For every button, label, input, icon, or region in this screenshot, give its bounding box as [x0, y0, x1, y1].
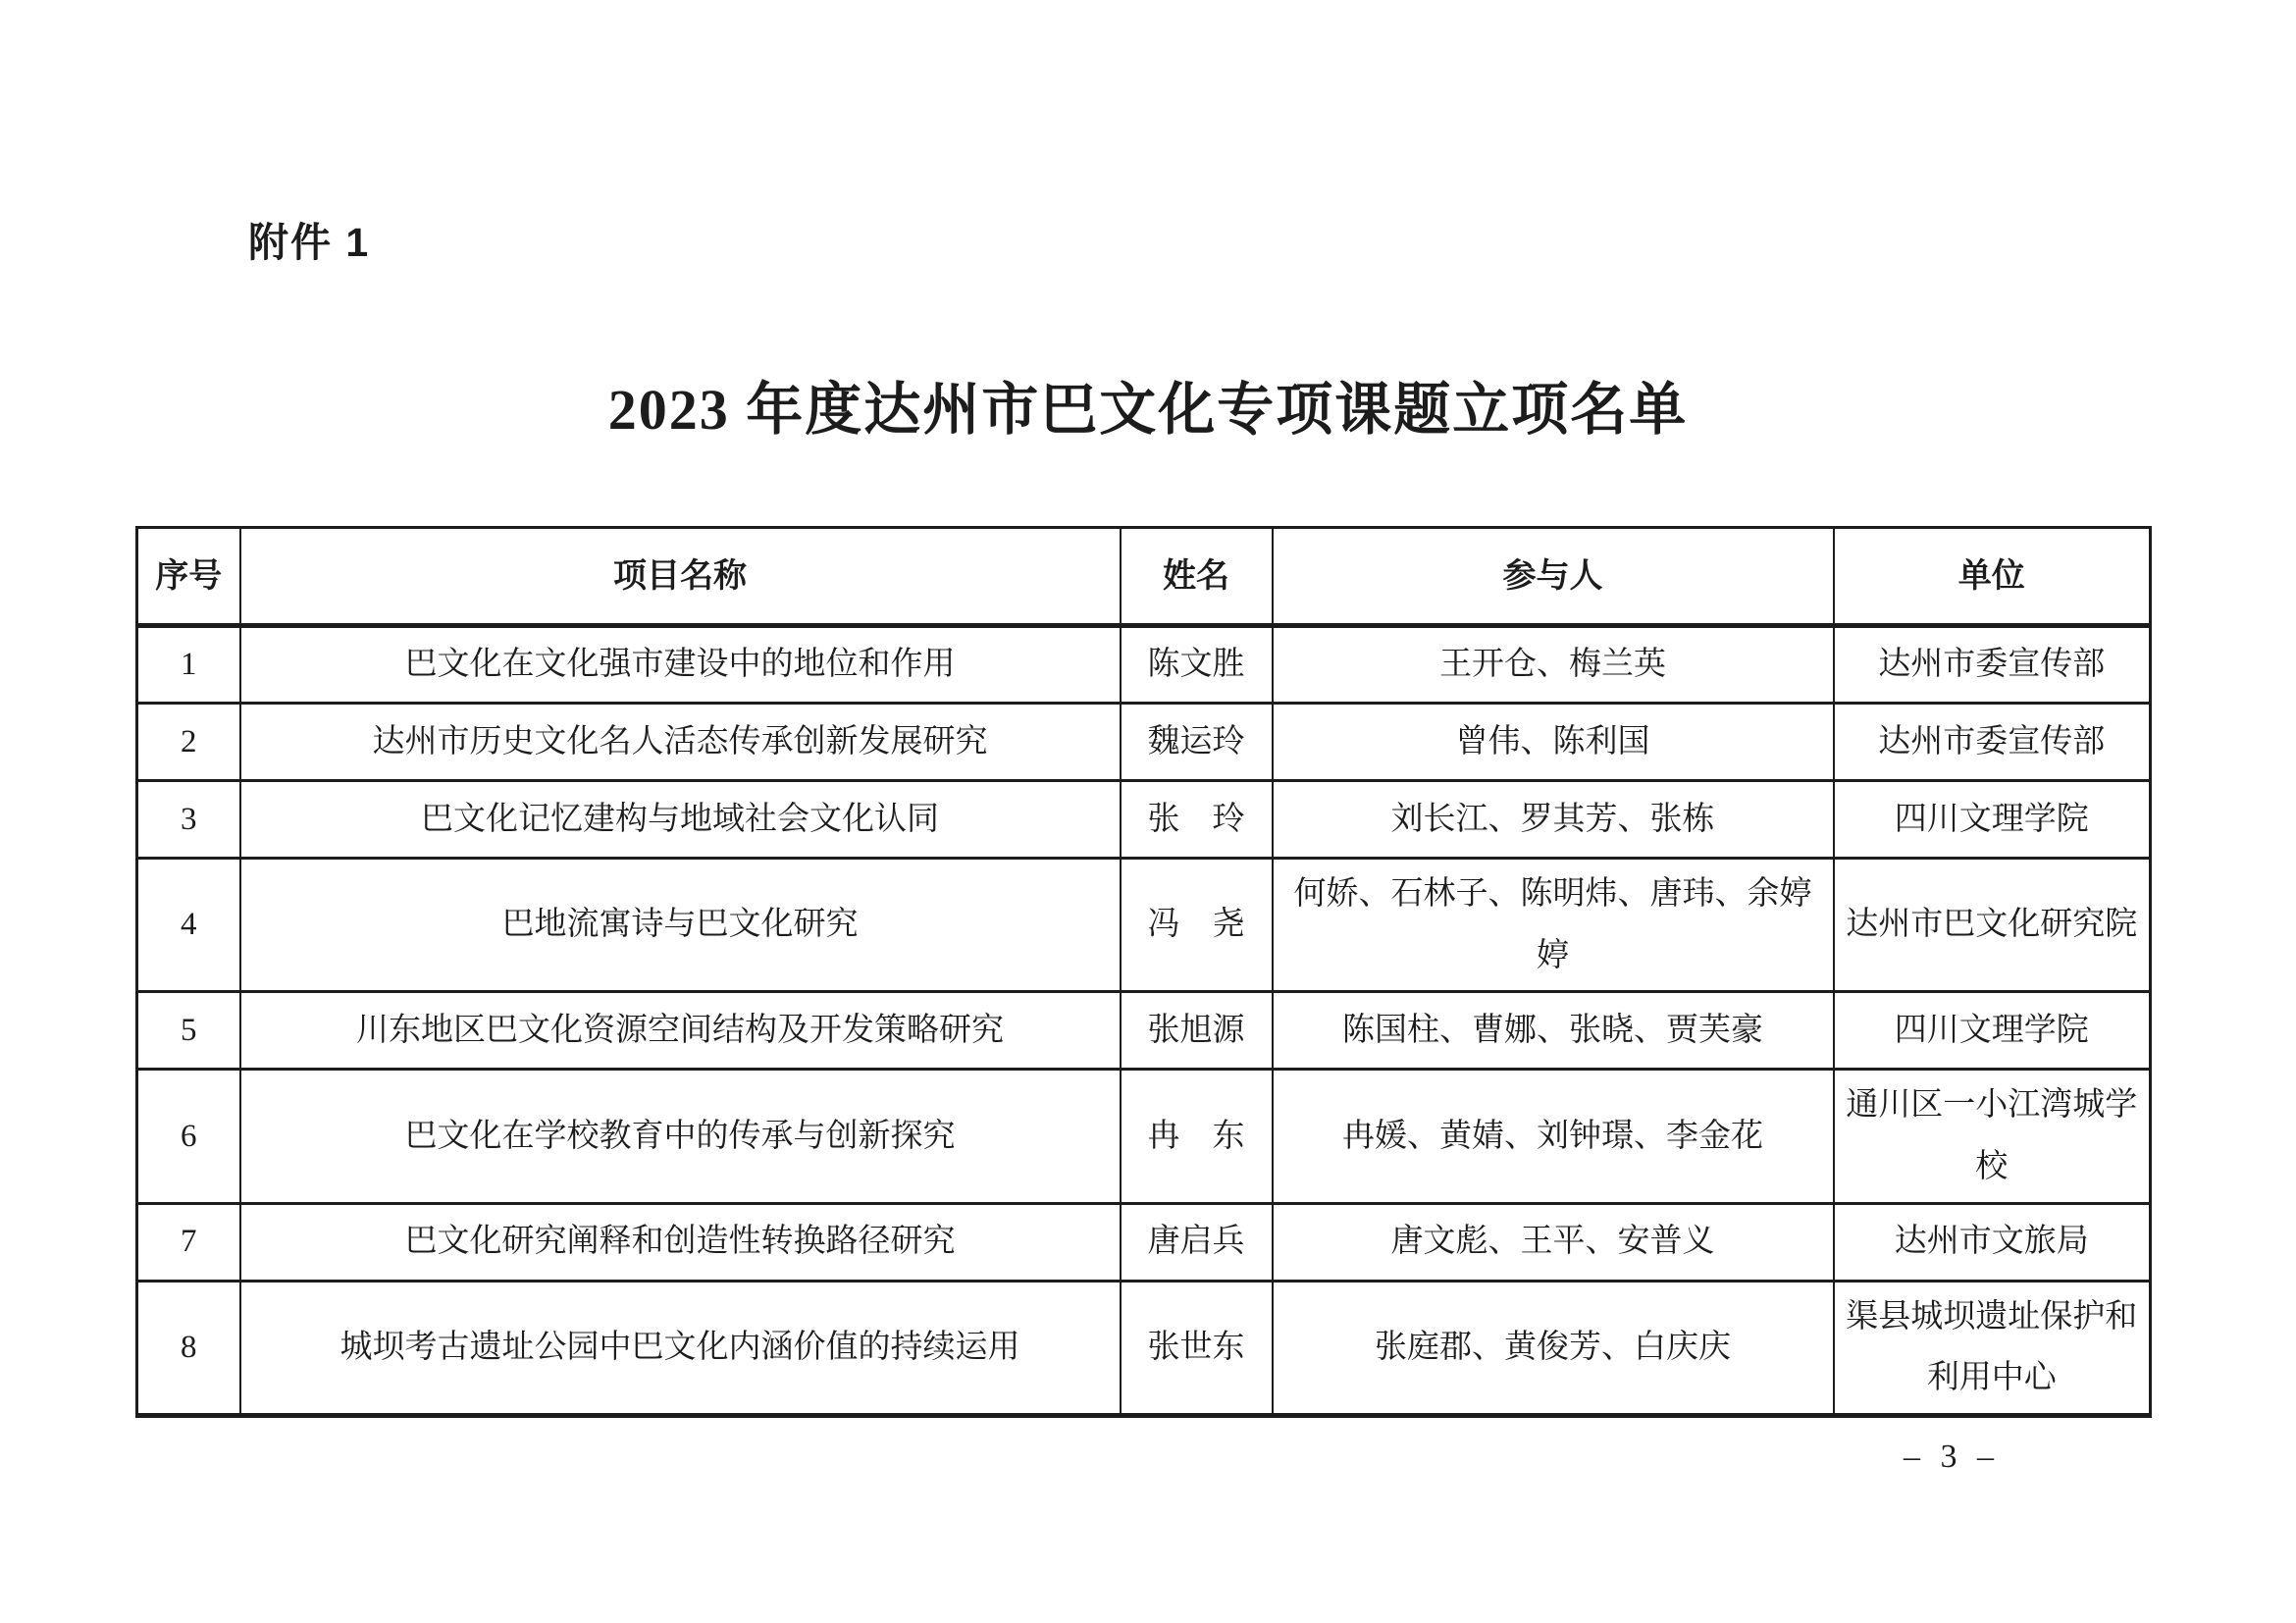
header-cell-name: 姓名 [1121, 528, 1273, 626]
cell-unit: 渠县城坝遗址保护和利用中心 [1834, 1281, 2151, 1415]
cell-participants: 唐文彪、王平、安普义 [1273, 1203, 1834, 1281]
document-title: 2023 年度达州市巴文化专项课题立项名单 [0, 363, 2296, 445]
cell-leader-name: 魏运玲 [1121, 704, 1273, 781]
cell-serial-number: 4 [137, 859, 240, 992]
header-cell-unit: 单位 [1834, 528, 2151, 626]
table-row: 2 达州市历史文化名人活态传承创新发展研究 魏运玲 曾伟、陈利国 达州市委宣传部 [137, 704, 2151, 781]
cell-serial-number: 2 [137, 704, 240, 781]
cell-unit: 四川文理学院 [1834, 781, 2151, 859]
cell-participants: 何娇、石林子、陈明炜、唐玮、余婷婷 [1273, 859, 1834, 992]
cell-project-name: 城坝考古遗址公园中巴文化内涵价值的持续运用 [240, 1281, 1121, 1415]
cell-unit: 达州市委宣传部 [1834, 704, 2151, 781]
cell-leader-name: 冯 尧 [1121, 859, 1273, 992]
header-cell-participants: 参与人 [1273, 528, 1834, 626]
table-row: 1 巴文化在文化强市建设中的地位和作用 陈文胜 王开仓、梅兰英 达州市委宣传部 [137, 626, 2151, 704]
cell-leader-name: 张旭源 [1121, 992, 1273, 1070]
table-row: 7 巴文化研究阐释和创造性转换路径研究 唐启兵 唐文彪、王平、安普义 达州市文旅… [137, 1203, 2151, 1281]
header-cell-project-name: 项目名称 [240, 528, 1121, 626]
attachment-label: 附件 1 [248, 210, 370, 268]
table-row: 5 川东地区巴文化资源空间结构及开发策略研究 张旭源 陈国柱、曹娜、张晓、贾芙豪… [137, 992, 2151, 1070]
cell-leader-name: 唐启兵 [1121, 1203, 1273, 1281]
table-row: 3 巴文化记忆建构与地域社会文化认同 张 玲 刘长江、罗其芳、张栋 四川文理学院 [137, 781, 2151, 859]
cell-leader-name: 张 玲 [1121, 781, 1273, 859]
cell-project-name: 达州市历史文化名人活态传承创新发展研究 [240, 704, 1121, 781]
projects-table: 序号 项目名称 姓名 参与人 单位 1 巴文化在文化强市建设中的地位和作用 陈文… [135, 526, 2152, 1418]
cell-serial-number: 1 [137, 626, 240, 704]
cell-participants: 陈国柱、曹娜、张晓、贾芙豪 [1273, 992, 1834, 1070]
page-number: – 3 – [1904, 1439, 2000, 1476]
cell-leader-name: 陈文胜 [1121, 626, 1273, 704]
table-header-row: 序号 项目名称 姓名 参与人 单位 [137, 528, 2151, 626]
cell-project-name: 巴文化在学校教育中的传承与创新探究 [240, 1070, 1121, 1203]
cell-project-name: 巴文化在文化强市建设中的地位和作用 [240, 626, 1121, 704]
cell-serial-number: 7 [137, 1203, 240, 1281]
cell-unit: 达州市文旅局 [1834, 1203, 2151, 1281]
cell-serial-number: 8 [137, 1281, 240, 1415]
table-row: 6 巴文化在学校教育中的传承与创新探究 冉 东 冉媛、黄婧、刘钟璟、李金花 通川… [137, 1070, 2151, 1203]
cell-serial-number: 3 [137, 781, 240, 859]
cell-participants: 冉媛、黄婧、刘钟璟、李金花 [1273, 1070, 1834, 1203]
cell-project-name: 巴文化记忆建构与地域社会文化认同 [240, 781, 1121, 859]
cell-participants: 刘长江、罗其芳、张栋 [1273, 781, 1834, 859]
cell-unit: 通川区一小江湾城学校 [1834, 1070, 2151, 1203]
scanned-document-page: { "attachment_label": "附件 1", "title": "… [0, 0, 2296, 1623]
cell-project-name: 巴地流寓诗与巴文化研究 [240, 859, 1121, 992]
header-cell-no: 序号 [137, 528, 240, 626]
cell-participants: 王开仓、梅兰英 [1273, 626, 1834, 704]
cell-unit: 四川文理学院 [1834, 992, 2151, 1070]
table-row: 4 巴地流寓诗与巴文化研究 冯 尧 何娇、石林子、陈明炜、唐玮、余婷婷 达州市巴… [137, 859, 2151, 992]
cell-participants: 曾伟、陈利国 [1273, 704, 1834, 781]
table-body: 1 巴文化在文化强市建设中的地位和作用 陈文胜 王开仓、梅兰英 达州市委宣传部 … [137, 626, 2151, 1416]
cell-participants: 张庭郡、黄俊芳、白庆庆 [1273, 1281, 1834, 1415]
cell-unit: 达州市巴文化研究院 [1834, 859, 2151, 992]
cell-leader-name: 冉 东 [1121, 1070, 1273, 1203]
cell-project-name: 巴文化研究阐释和创造性转换路径研究 [240, 1203, 1121, 1281]
table-row: 8 城坝考古遗址公园中巴文化内涵价值的持续运用 张世东 张庭郡、黄俊芳、白庆庆 … [137, 1281, 2151, 1415]
cell-serial-number: 6 [137, 1070, 240, 1203]
cell-project-name: 川东地区巴文化资源空间结构及开发策略研究 [240, 992, 1121, 1070]
cell-unit: 达州市委宣传部 [1834, 626, 2151, 704]
cell-leader-name: 张世东 [1121, 1281, 1273, 1415]
cell-serial-number: 5 [137, 992, 240, 1070]
